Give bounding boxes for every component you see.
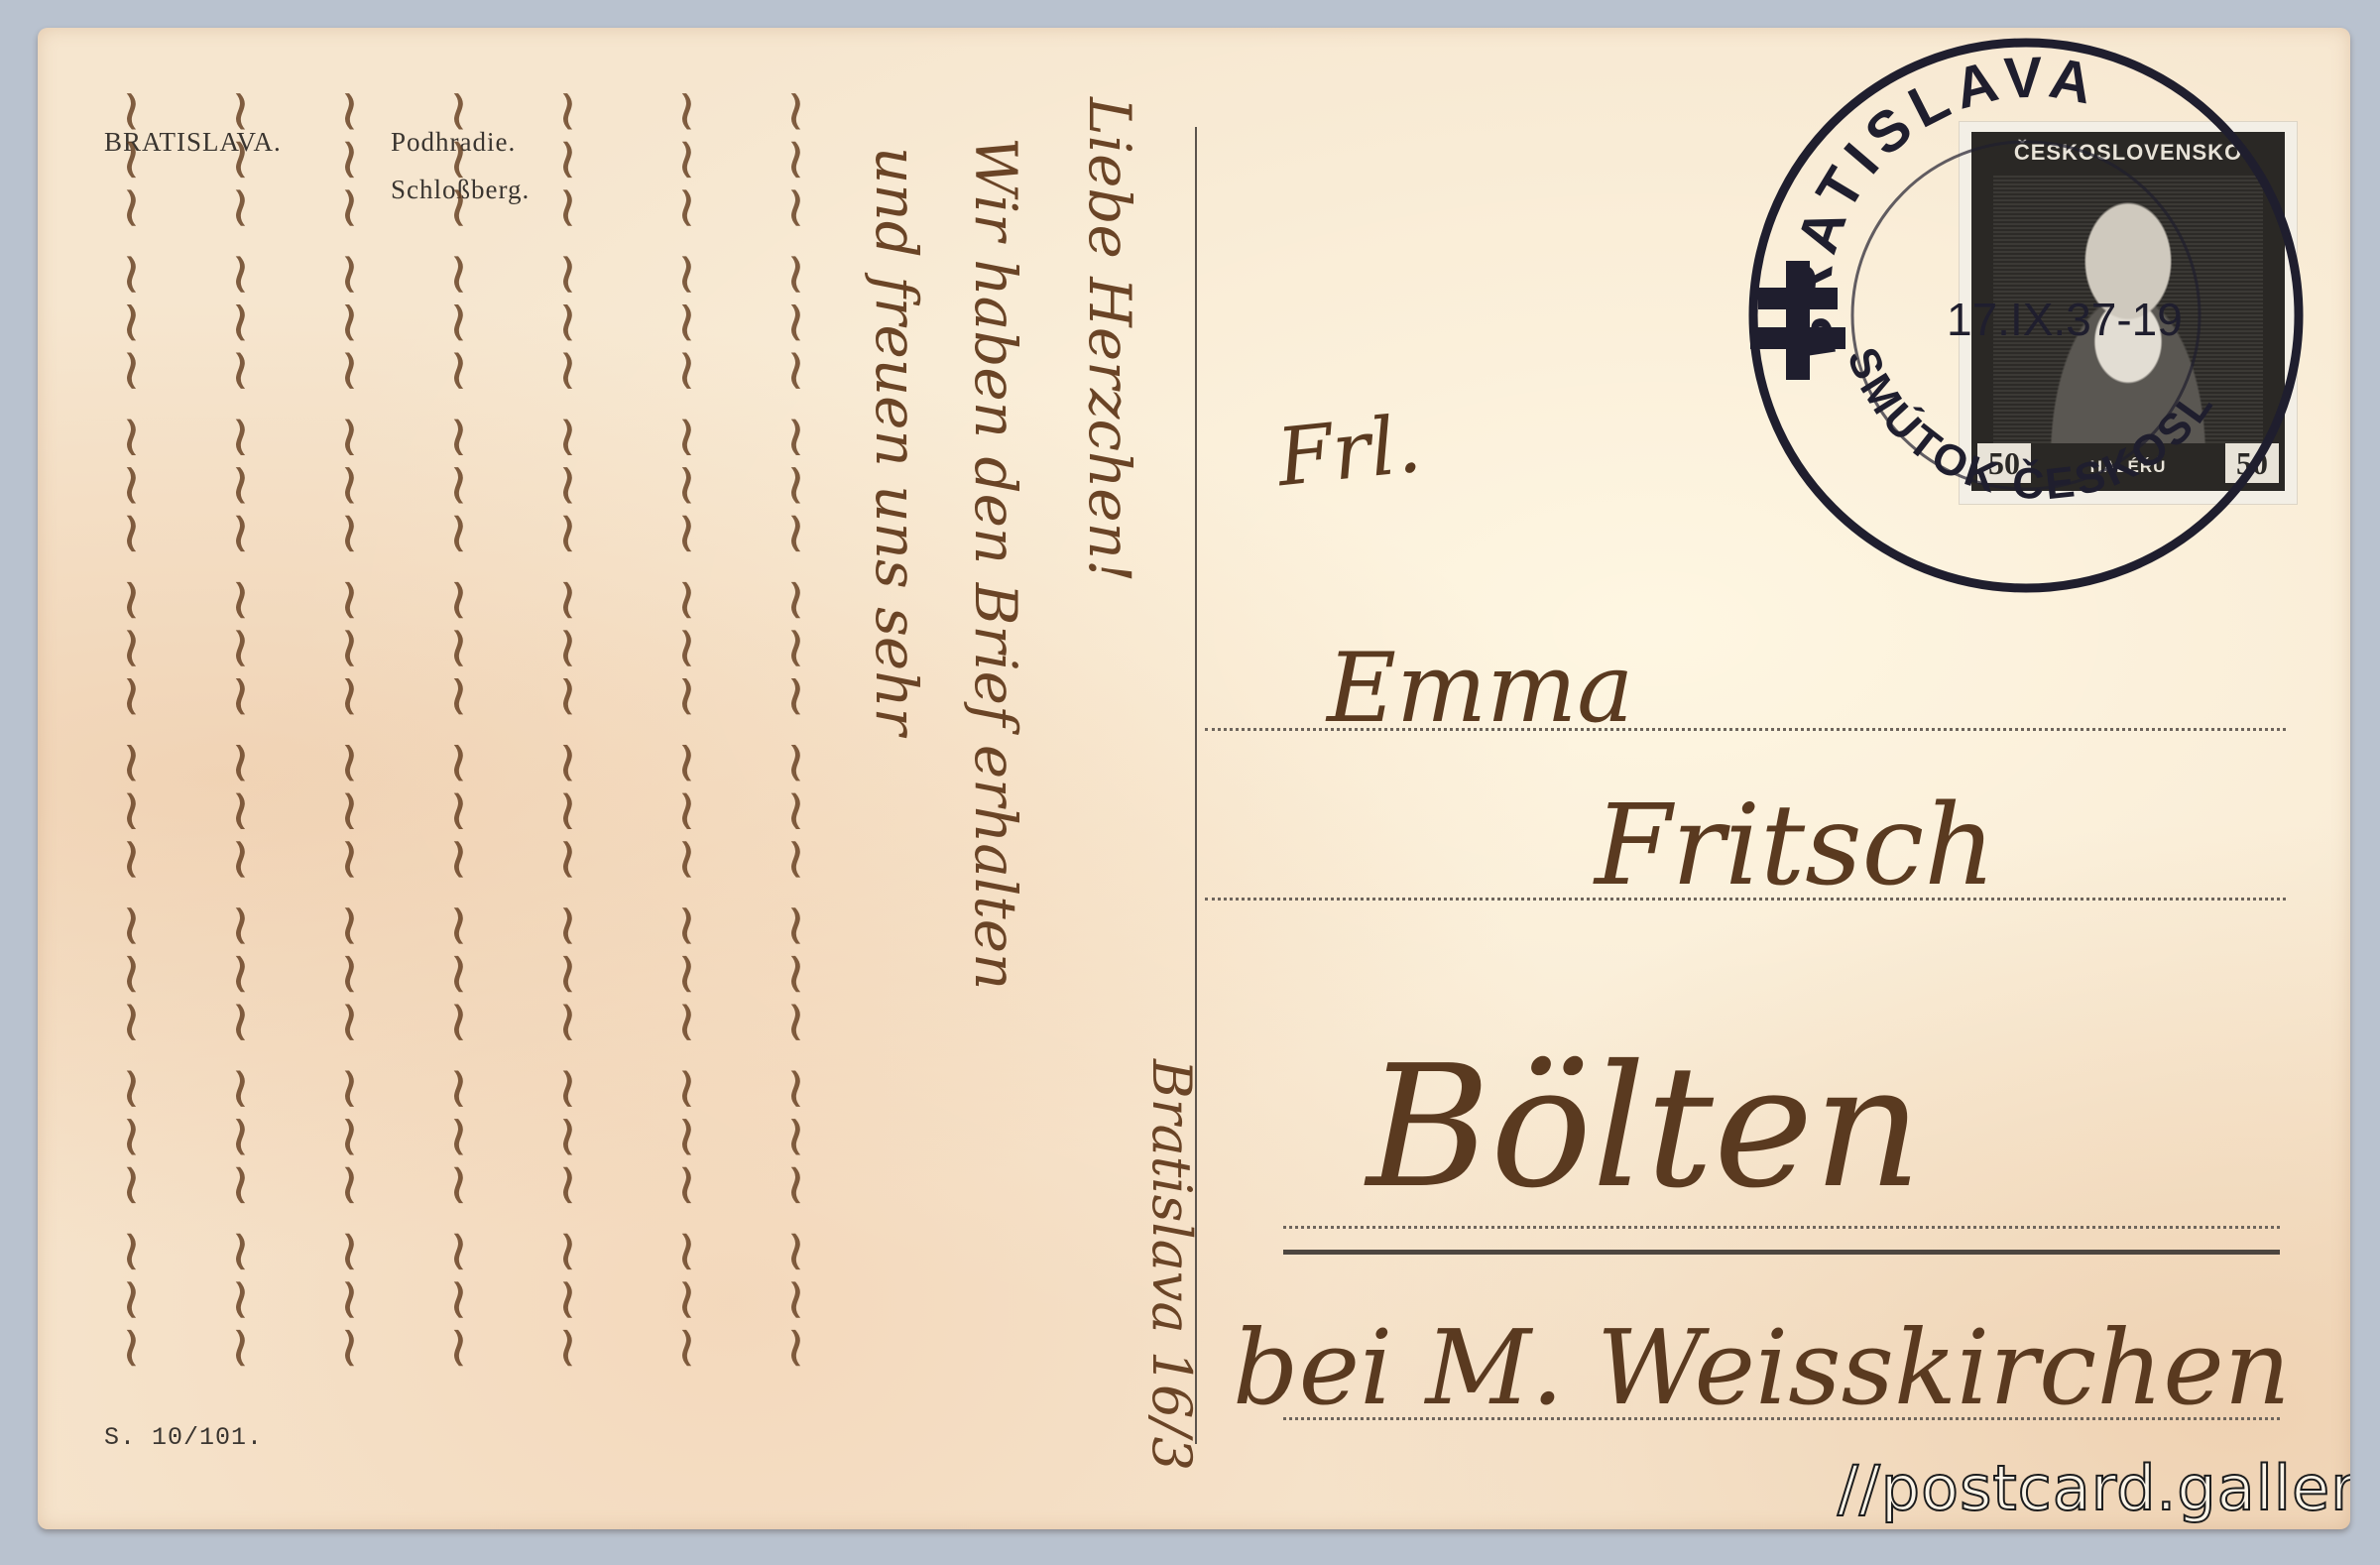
message-line: ~~~ ~~~ ~~~ ~~~ ~~~ ~~~ ~~~ ~~~ [764,87,831,1372]
message-line: ~~~ ~~~ ~~~ ~~~ ~~~ ~~~ ~~~ ~~~ [99,87,167,1372]
address-town-underline [1283,1250,2280,1255]
address-line [1205,728,2286,731]
print-code: S. 10/101. [104,1423,263,1452]
address-line [1283,1417,2280,1420]
message-line: ~~~ ~~~ ~~~ ~~~ ~~~ ~~~ ~~~ ~~~ [208,87,276,1372]
address-town: Bölten [1367,1029,1922,1226]
address-via: bei M. Weisskirchen [1233,1307,2291,1428]
address-last-name: Fritsch [1595,782,1995,910]
address-salutation: Frl. [1273,398,1426,505]
message-line: ~~~ ~~~ ~~~ ~~~ ~~~ ~~~ ~~~ ~~~ [654,87,722,1372]
message-line: und freuen uns sehr [863,147,930,735]
postmark-cancel: BRATISLAVA SMÚTOK ČESKOSLOVENSKA 17.IX.3… [1728,28,2314,603]
postcard-back: BRATISLAVA. Podhradie. Schloßberg. Liebe… [38,28,2350,1529]
message-line: ~~~ ~~~ ~~~ ~~~ ~~~ ~~~ ~~~ ~~~ [317,87,385,1372]
watermark: //postcard.gallery [1838,1452,2350,1524]
message-line: ~~~ ~~~ ~~~ ~~~ ~~~ ~~~ ~~~ ~~~ [426,87,494,1372]
address-line [1283,1226,2280,1229]
message-address-divider [1195,127,1197,1444]
message-line: Wir haben den Brief erhalten [962,137,1029,990]
address-line [1205,898,2286,901]
message-greeting: Liebe Herzchen! [1076,97,1143,582]
message-line: ~~~ ~~~ ~~~ ~~~ ~~~ ~~~ ~~~ ~~~ [535,87,603,1372]
postmark-date: 17.IX.37-19 [1947,294,2183,345]
message-place-date: Bratislava 16/3 [1140,1059,1203,1471]
